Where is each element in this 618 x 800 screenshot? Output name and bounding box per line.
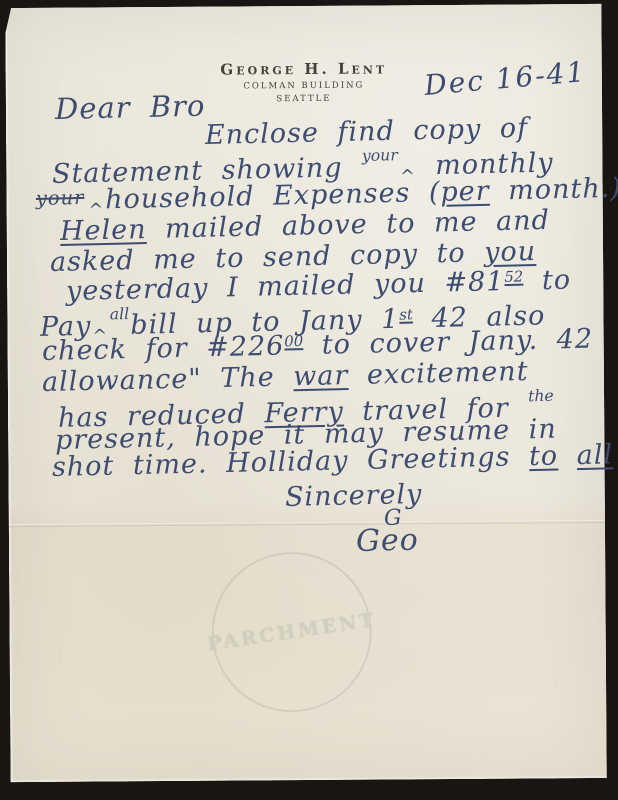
handwriting-segment: you — [484, 236, 537, 268]
handwriting-segment: war — [293, 360, 349, 392]
handwriting-segment: all — [110, 304, 130, 323]
handwriting-segment: Geo — [356, 523, 420, 559]
handwriting-segment: 00 — [284, 332, 303, 350]
handwriting-segment: excitement — [348, 356, 529, 391]
handwriting-segment: st — [399, 305, 413, 323]
paper-corner-clip — [4, 7, 11, 37]
handwriting-segment: to — [523, 265, 571, 297]
handwriting-segment: the — [528, 386, 554, 406]
handwriting-segment: to — [529, 441, 559, 473]
handwriting-segment: your — [362, 145, 398, 165]
handwriting-segment: #81 — [444, 266, 505, 298]
handwriting-segment: your — [36, 186, 85, 210]
watermark-text: PARCHMENT — [206, 609, 378, 656]
handwriting-segment: to cover Jany. 42 — [303, 323, 594, 361]
handwriting-segment: Dear Bro — [55, 89, 206, 126]
handwriting-segment — [558, 440, 577, 471]
salutation: Dear Bro — [55, 89, 206, 126]
fold-crease — [9, 520, 605, 527]
handwriting-segment: 52 — [504, 267, 523, 285]
handwriting-segment: per — [440, 176, 490, 208]
handwriting-segment: Helen — [60, 214, 147, 247]
signature-name: Geo — [356, 523, 420, 559]
watermark-seal: PARCHMENT — [211, 552, 372, 713]
handwriting-segment: month.) — [489, 173, 618, 207]
scanned-letter: George H. Lent Colman Building Seattle P… — [0, 0, 618, 800]
handwriting-segment: all — [576, 439, 613, 471]
